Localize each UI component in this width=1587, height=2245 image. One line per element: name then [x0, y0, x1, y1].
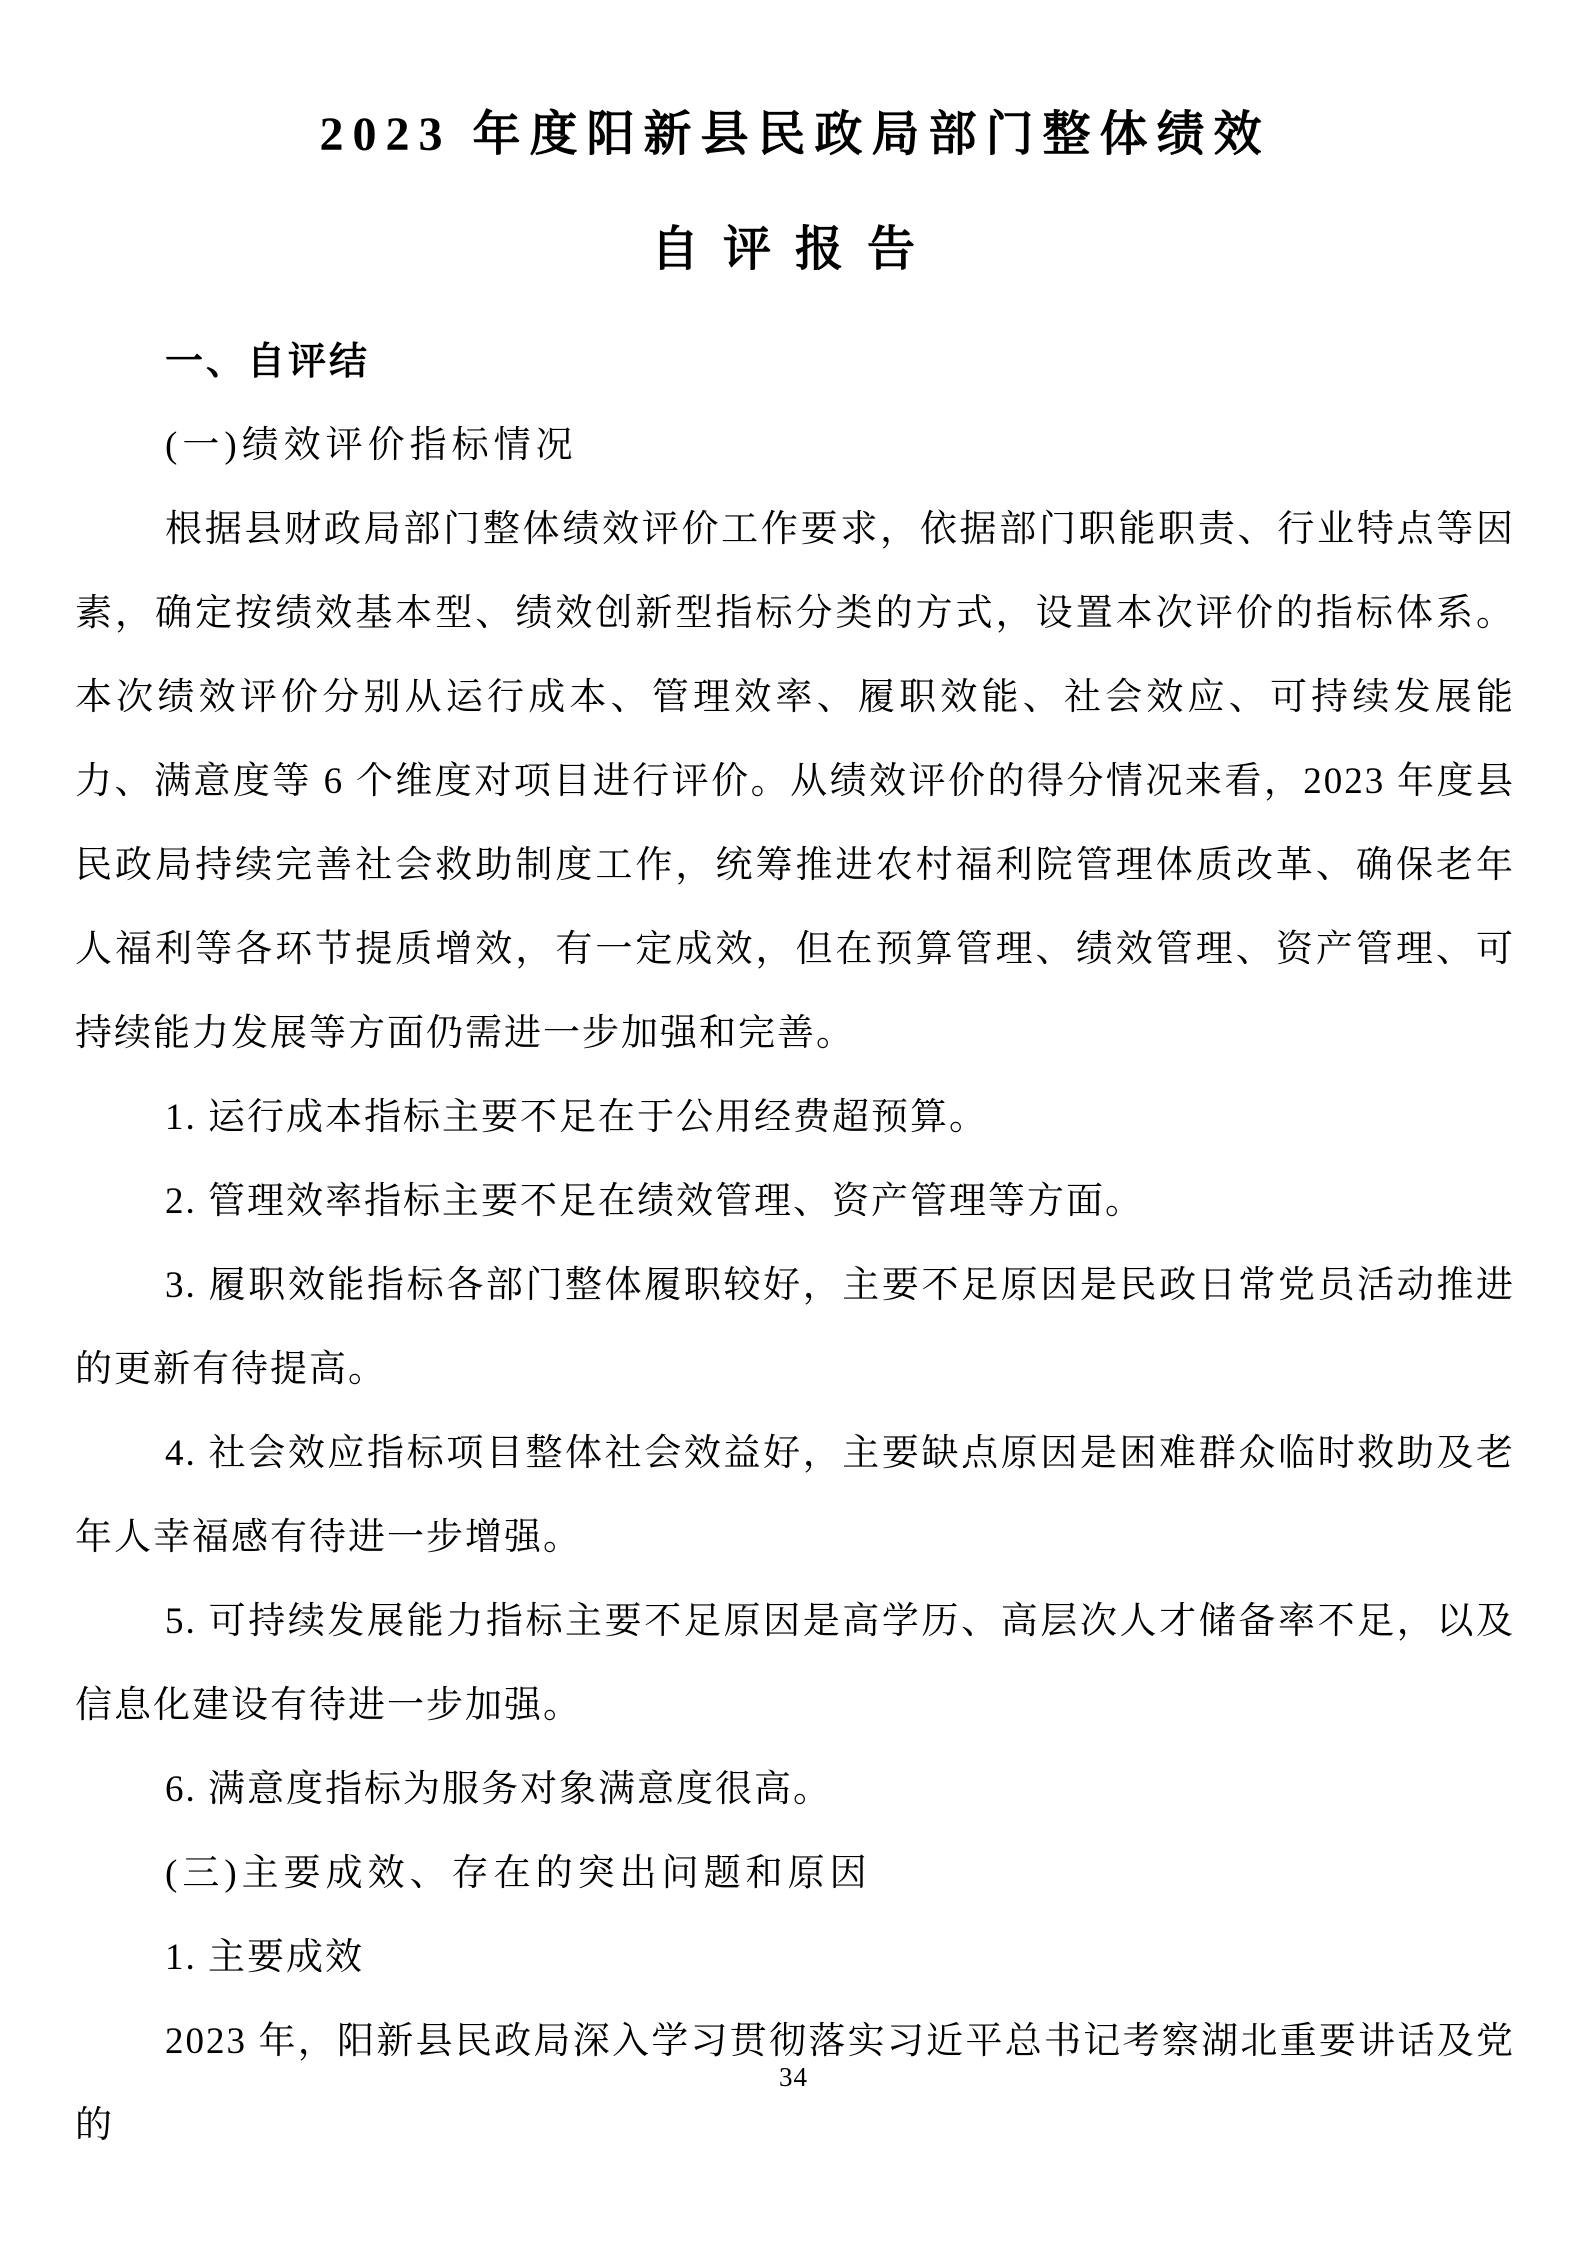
paragraph: 根据县财政局部门整体绩效评价工作要求，依据部门职能职责、行业特点等因素，确定按绩…	[75, 488, 1515, 1076]
page-number: 34	[0, 2062, 1587, 2092]
paragraph: 1. 运行成本指标主要不足在于公用经费超预算。	[75, 1076, 1515, 1160]
paragraph: 6. 满意度指标为服务对象满意度很高。	[75, 1748, 1515, 1832]
document-body: 一、自评结(一)绩效评价指标情况根据县财政局部门整体绩效评价工作要求，依据部门职…	[75, 320, 1515, 2168]
paragraph: (三)主要成效、存在的突出问题和原因	[75, 1832, 1515, 1916]
paragraph: 2. 管理效率指标主要不足在绩效管理、资产管理等方面。	[75, 1160, 1515, 1244]
paragraph: 3. 履职效能指标各部门整体履职较好，主要不足原因是民政日常党员活动推进的更新有…	[75, 1244, 1515, 1412]
paragraph: 5. 可持续发展能力指标主要不足原因是高学历、高层次人才储备率不足，以及信息化建…	[75, 1580, 1515, 1748]
paragraph: (一)绩效评价指标情况	[75, 404, 1515, 488]
paragraph: 1. 主要成效	[75, 1916, 1515, 2000]
document-title-line1: 2023 年度阳新县民政局部门整体绩效	[75, 0, 1515, 180]
document-title-line2: 自评报告	[75, 205, 1515, 295]
document-page: 2023 年度阳新县民政局部门整体绩效 自评报告 一、自评结(一)绩效评价指标情…	[0, 0, 1587, 2245]
paragraph: 一、自评结	[75, 320, 1515, 404]
paragraph: 4. 社会效应指标项目整体社会效益好，主要缺点原因是困难群众临时救助及老年人幸福…	[75, 1412, 1515, 1580]
